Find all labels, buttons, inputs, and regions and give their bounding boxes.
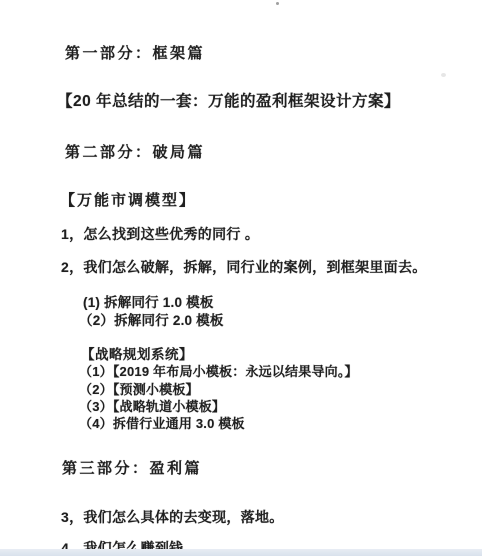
strategy-item-4: （4）拆借行业通用 3.0 模板 <box>79 413 245 432</box>
sub-item-dismantle-2: （2）拆解同行 2.0 模板 <box>79 309 224 329</box>
list-item-2: 2，我们怎么破解，拆解，同行业的案例，到框架里面去。 <box>61 257 427 277</box>
part2-title: 第二部分：破局篇 <box>65 141 205 162</box>
document-page: 第一部分：框架篇 【20 年总结的一套：万能的盈利框架设计方案】 第二部分：破局… <box>0 0 482 556</box>
sub-item-dismantle-1: (1) 拆解同行 1.0 模板 <box>83 291 214 311</box>
list-item-1: 1，怎么找到这些优秀的同行 。 <box>61 224 259 244</box>
scan-speck <box>276 2 279 5</box>
scan-smudge <box>441 73 446 77</box>
list-item-3: 3，我们怎么具体的去变现，落地。 <box>61 507 284 527</box>
part3-title: 第三部分：盈利篇 <box>62 457 202 478</box>
bottom-edge-strip <box>0 549 482 556</box>
market-research-model-heading: 【万能市调模型】 <box>60 189 196 210</box>
part1-title: 第一部分：框架篇 <box>65 42 205 63</box>
strategy-item-1: （1）【2019 年布局小模板：永远以结果导向。】 <box>79 361 358 380</box>
part1-course-heading: 【20 年总结的一套：万能的盈利框架设计方案】 <box>57 89 400 111</box>
strategy-system-heading: 【战略规划系统】 <box>81 343 193 363</box>
